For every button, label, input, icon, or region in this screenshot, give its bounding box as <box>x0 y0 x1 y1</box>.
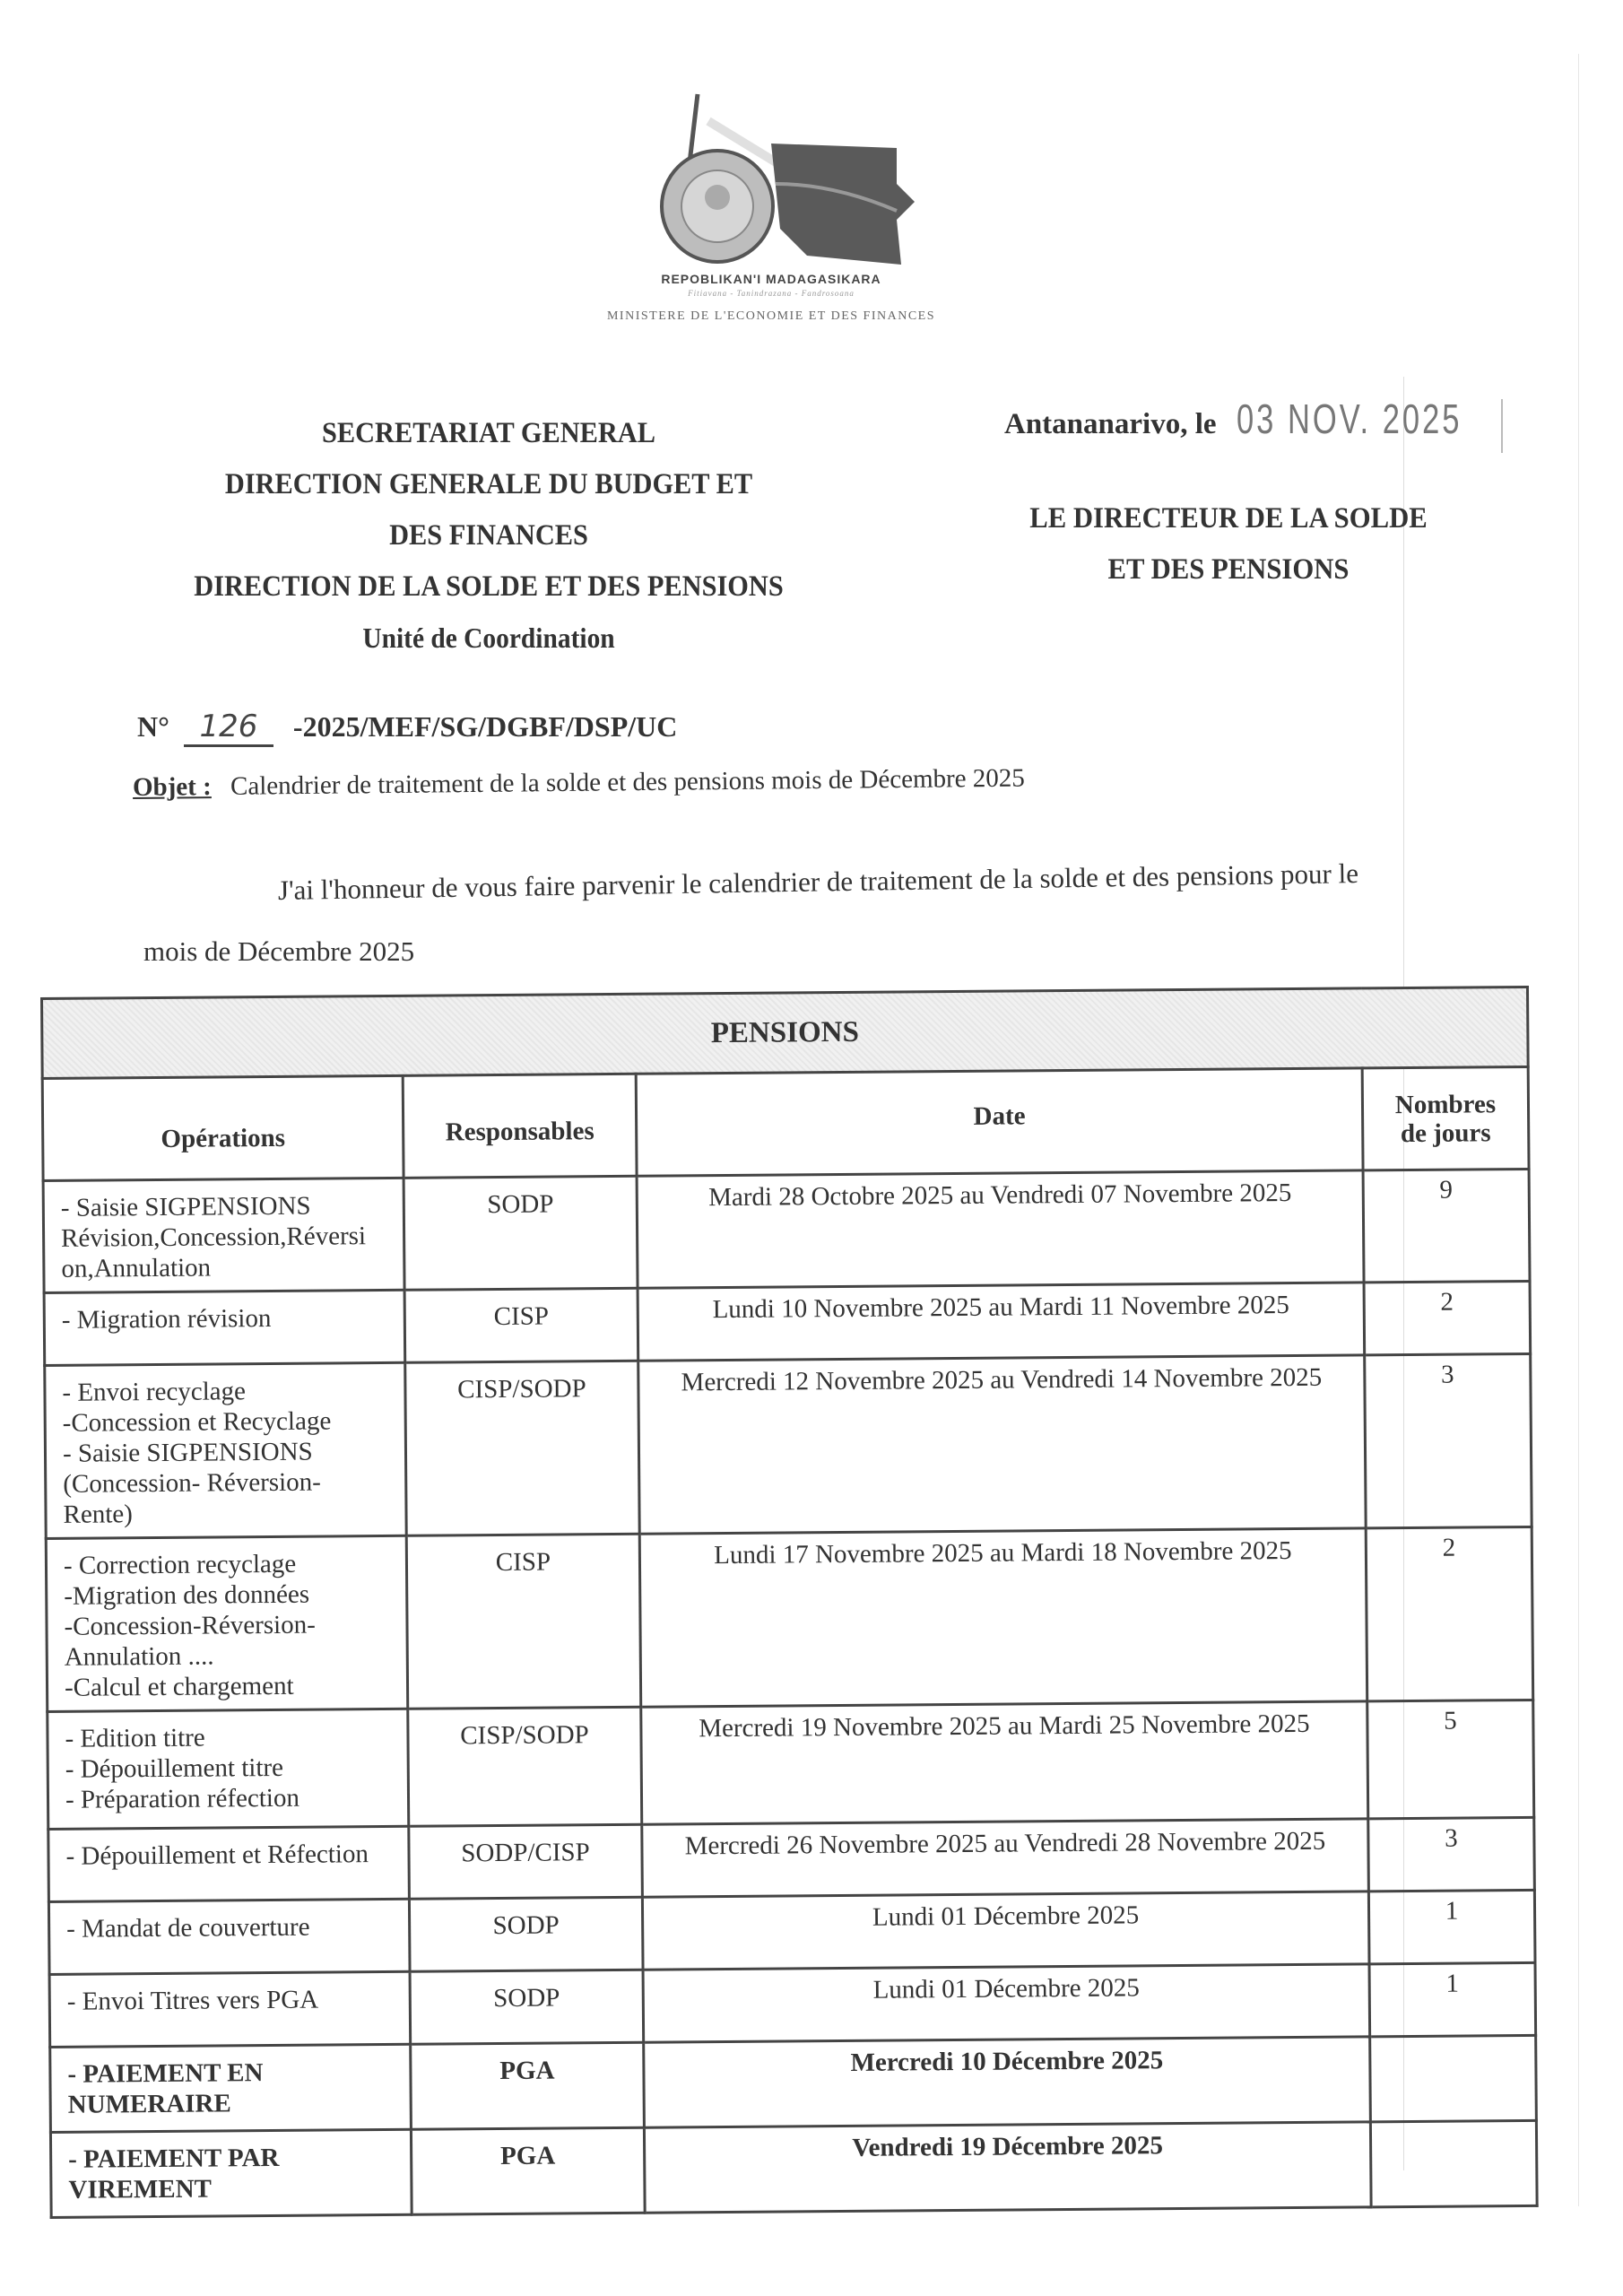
issuer-unit: Unité de Coordination <box>146 613 831 664</box>
reference-suffix: -2025/MEF/SG/DGBF/DSP/UC <box>293 710 677 743</box>
issuer-line: DIRECTION GENERALE DU BUDGET ET <box>146 459 831 510</box>
operation-line: - Migration révision <box>62 1302 395 1335</box>
cell-days: 3 <box>1365 1353 1532 1527</box>
cell-date: Mercredi 10 Décembre 2025 <box>644 2037 1371 2127</box>
operation-line: -Migration des données <box>64 1578 396 1612</box>
table-row: - Envoi recyclage-Concession et Recyclag… <box>45 1353 1532 1538</box>
operation-line: - Dépouillement et Réfection <box>65 1839 398 1872</box>
operation-line: - Saisie SIGPENSIONS <box>61 1190 394 1223</box>
coat-of-arms-icon <box>628 85 950 283</box>
operation-line: Annulation .... <box>65 1639 397 1673</box>
operation-line: - PAIEMENT EN <box>67 2057 400 2090</box>
place-prefix: Antananarivo, le <box>1004 408 1217 440</box>
reference-number: N° 126 -2025/MEF/SG/DGBF/DSP/UC <box>137 709 677 747</box>
cell-responsables: SODP <box>409 1897 643 1971</box>
signatory-line: LE DIRECTEUR DE LA SOLDE <box>986 493 1470 544</box>
cell-days: 9 <box>1363 1169 1530 1282</box>
cell-operations: - Saisie SIGPENSIONSRévision,Concession,… <box>43 1178 404 1292</box>
table-row: - PAIEMENT PARVIREMENTPGAVendredi 19 Déc… <box>50 2120 1537 2217</box>
place-date: Antananarivo, le 03 NOV. 2025 <box>1004 395 1537 443</box>
cell-days <box>1370 2035 1537 2121</box>
republic-name: REPOBLIKAN'I MADAGASIKARA <box>610 272 933 286</box>
cell-days: 1 <box>1368 1890 1535 1963</box>
stamp-border <box>1496 399 1503 453</box>
operation-line: - Mandat de couverture <box>66 1911 399 1944</box>
cell-date: Lundi 01 Décembre 2025 <box>642 1892 1369 1970</box>
cell-date: Lundi 01 Décembre 2025 <box>643 1964 1370 2042</box>
cell-date: Mercredi 26 Novembre 2025 au Vendredi 28… <box>642 1819 1369 1897</box>
operation-line: -Calcul et chargement <box>65 1670 397 1703</box>
issuer-line: SECRETARIAT GENERAL <box>146 408 831 459</box>
header-days: Nombres de jours <box>1362 1066 1529 1170</box>
operation-line: - PAIEMENT PAR <box>68 2142 401 2175</box>
table-row: - Saisie SIGPENSIONSRévision,Concession,… <box>43 1169 1530 1292</box>
table-title: PENSIONS <box>42 987 1529 1078</box>
cell-operations: - PAIEMENT PARVIREMENT <box>50 2129 412 2217</box>
cell-operations: - Migration révision <box>44 1290 405 1365</box>
cell-days: 2 <box>1364 1281 1531 1354</box>
header-days-line2: de jours <box>1365 1118 1526 1147</box>
operation-line: - Envoi recyclage <box>62 1375 395 1408</box>
operation-line: - Edition titre <box>65 1721 397 1754</box>
object-label: Objet : <box>133 772 212 802</box>
cell-responsables: CISP <box>404 1288 638 1362</box>
table-row: - Edition titre- Dépouillement titre- Pr… <box>48 1700 1534 1829</box>
cell-operations: - Mandat de couverture <box>48 1899 410 1974</box>
issuer-line: DES FINANCES <box>146 510 831 561</box>
letterhead-emblem <box>628 85 950 336</box>
header-responsables: Responsables <box>403 1074 637 1178</box>
object-line: Objet : Calendrier de traitement de la s… <box>133 764 1025 803</box>
cell-date: Lundi 17 Novembre 2025 au Mardi 18 Novem… <box>639 1528 1367 1707</box>
table-row: - Correction recyclage-Migration des don… <box>46 1526 1532 1711</box>
operation-line: Révision,Concession,Réversi <box>61 1221 394 1254</box>
pensions-calendar-table: PENSIONS Opérations Responsables Date No… <box>40 986 1539 2219</box>
operation-line: (Concession- Réversion- <box>63 1466 395 1500</box>
cell-days: 3 <box>1368 1817 1535 1891</box>
cell-date: Lundi 10 Novembre 2025 au Mardi 11 Novem… <box>638 1283 1365 1361</box>
header-days-line1: Nombres <box>1365 1089 1526 1118</box>
intro-line-1: J'ai l'honneur de vous faire parvenir le… <box>278 857 1359 907</box>
header-date: Date <box>636 1068 1363 1176</box>
table-row: - Dépouillement et RéfectionSODP/CISPMer… <box>48 1817 1535 1901</box>
cell-operations: - Envoi Titres vers PGA <box>49 1971 411 2047</box>
cell-date: Mercredi 12 Novembre 2025 au Vendredi 14… <box>638 1355 1366 1534</box>
operation-line: - Dépouillement titre <box>65 1752 398 1785</box>
signatory-line: ET DES PENSIONS <box>986 544 1470 596</box>
cell-days <box>1370 2120 1537 2206</box>
issuer-line: DIRECTION DE LA SOLDE ET DES PENSIONS <box>146 561 831 613</box>
cell-responsables: PGA <box>411 2042 645 2129</box>
cell-date: Mercredi 19 Novembre 2025 au Mardi 25 No… <box>641 1701 1368 1824</box>
date-stamp: 03 NOV. 2025 <box>1237 395 1462 443</box>
operation-line: - Correction recyclage <box>64 1548 396 1581</box>
cell-responsables: CISP/SODP <box>405 1361 640 1535</box>
operation-line: Rente) <box>63 1497 395 1530</box>
cell-operations: - Correction recyclage-Migration des don… <box>46 1535 408 1711</box>
cell-responsables: SODP <box>404 1176 638 1290</box>
cell-responsables: SODP/CISP <box>409 1824 643 1899</box>
operation-line: VIREMENT <box>68 2172 401 2205</box>
cell-operations: - PAIEMENT ENNUMERAIRE <box>50 2044 412 2132</box>
cell-date: Mardi 28 Octobre 2025 au Vendredi 07 Nov… <box>637 1170 1364 1288</box>
object-text: Calendrier de traitement de la solde et … <box>230 764 1025 801</box>
table-row: - Mandat de couvertureSODPLundi 01 Décem… <box>48 1890 1535 1974</box>
operation-line: -Concession et Recyclage <box>63 1405 395 1439</box>
cell-days: 2 <box>1366 1526 1533 1700</box>
reference-handwritten-number: 126 <box>184 709 273 747</box>
cell-responsables: CISP/SODP <box>408 1707 642 1826</box>
cell-operations: - Envoi recyclage-Concession et Recyclag… <box>45 1362 407 1538</box>
cell-operations: - Edition titre- Dépouillement titre- Pr… <box>48 1709 409 1829</box>
table-row: - Envoi Titres vers PGASODPLundi 01 Déce… <box>49 1962 1536 2047</box>
cell-operations: - Dépouillement et Réfection <box>48 1826 410 1901</box>
table-row: - PAIEMENT ENNUMERAIREPGAMercredi 10 Déc… <box>50 2035 1537 2132</box>
cell-responsables: SODP <box>410 1970 644 2044</box>
operation-line: - Préparation réfection <box>65 1782 398 1815</box>
reference-prefix: N° <box>137 710 169 743</box>
operation-line: NUMERAIRE <box>68 2087 401 2120</box>
operation-line: - Saisie SIGPENSIONS <box>63 1436 395 1469</box>
republic-motto: Fitiavana - Tanindrazana - Fandrosoana <box>610 289 933 298</box>
issuer-block: SECRETARIAT GENERAL DIRECTION GENERALE D… <box>117 408 861 664</box>
header-operations: Opérations <box>42 1075 404 1180</box>
cell-days: 1 <box>1369 1962 1536 2036</box>
table-row: - Migration révisionCISPLundi 10 Novembr… <box>44 1281 1531 1365</box>
operation-line: - Envoi Titres vers PGA <box>67 1984 400 2017</box>
signatory-block: LE DIRECTEUR DE LA SOLDE ET DES PENSIONS <box>968 493 1488 596</box>
operation-line: -Concession-Réversion- <box>64 1609 396 1642</box>
operation-line: on,Annulation <box>61 1251 394 1284</box>
scan-artifact <box>1578 54 1579 2206</box>
cell-date: Vendredi 19 Décembre 2025 <box>644 2122 1371 2213</box>
cell-responsables: PGA <box>411 2127 645 2214</box>
cell-responsables: CISP <box>406 1534 641 1709</box>
intro-line-2: mois de Décembre 2025 <box>143 935 414 968</box>
ministry-name: MINISTERE DE L'ECONOMIE ET DES FINANCES <box>556 309 986 324</box>
cell-days: 5 <box>1367 1700 1534 1818</box>
